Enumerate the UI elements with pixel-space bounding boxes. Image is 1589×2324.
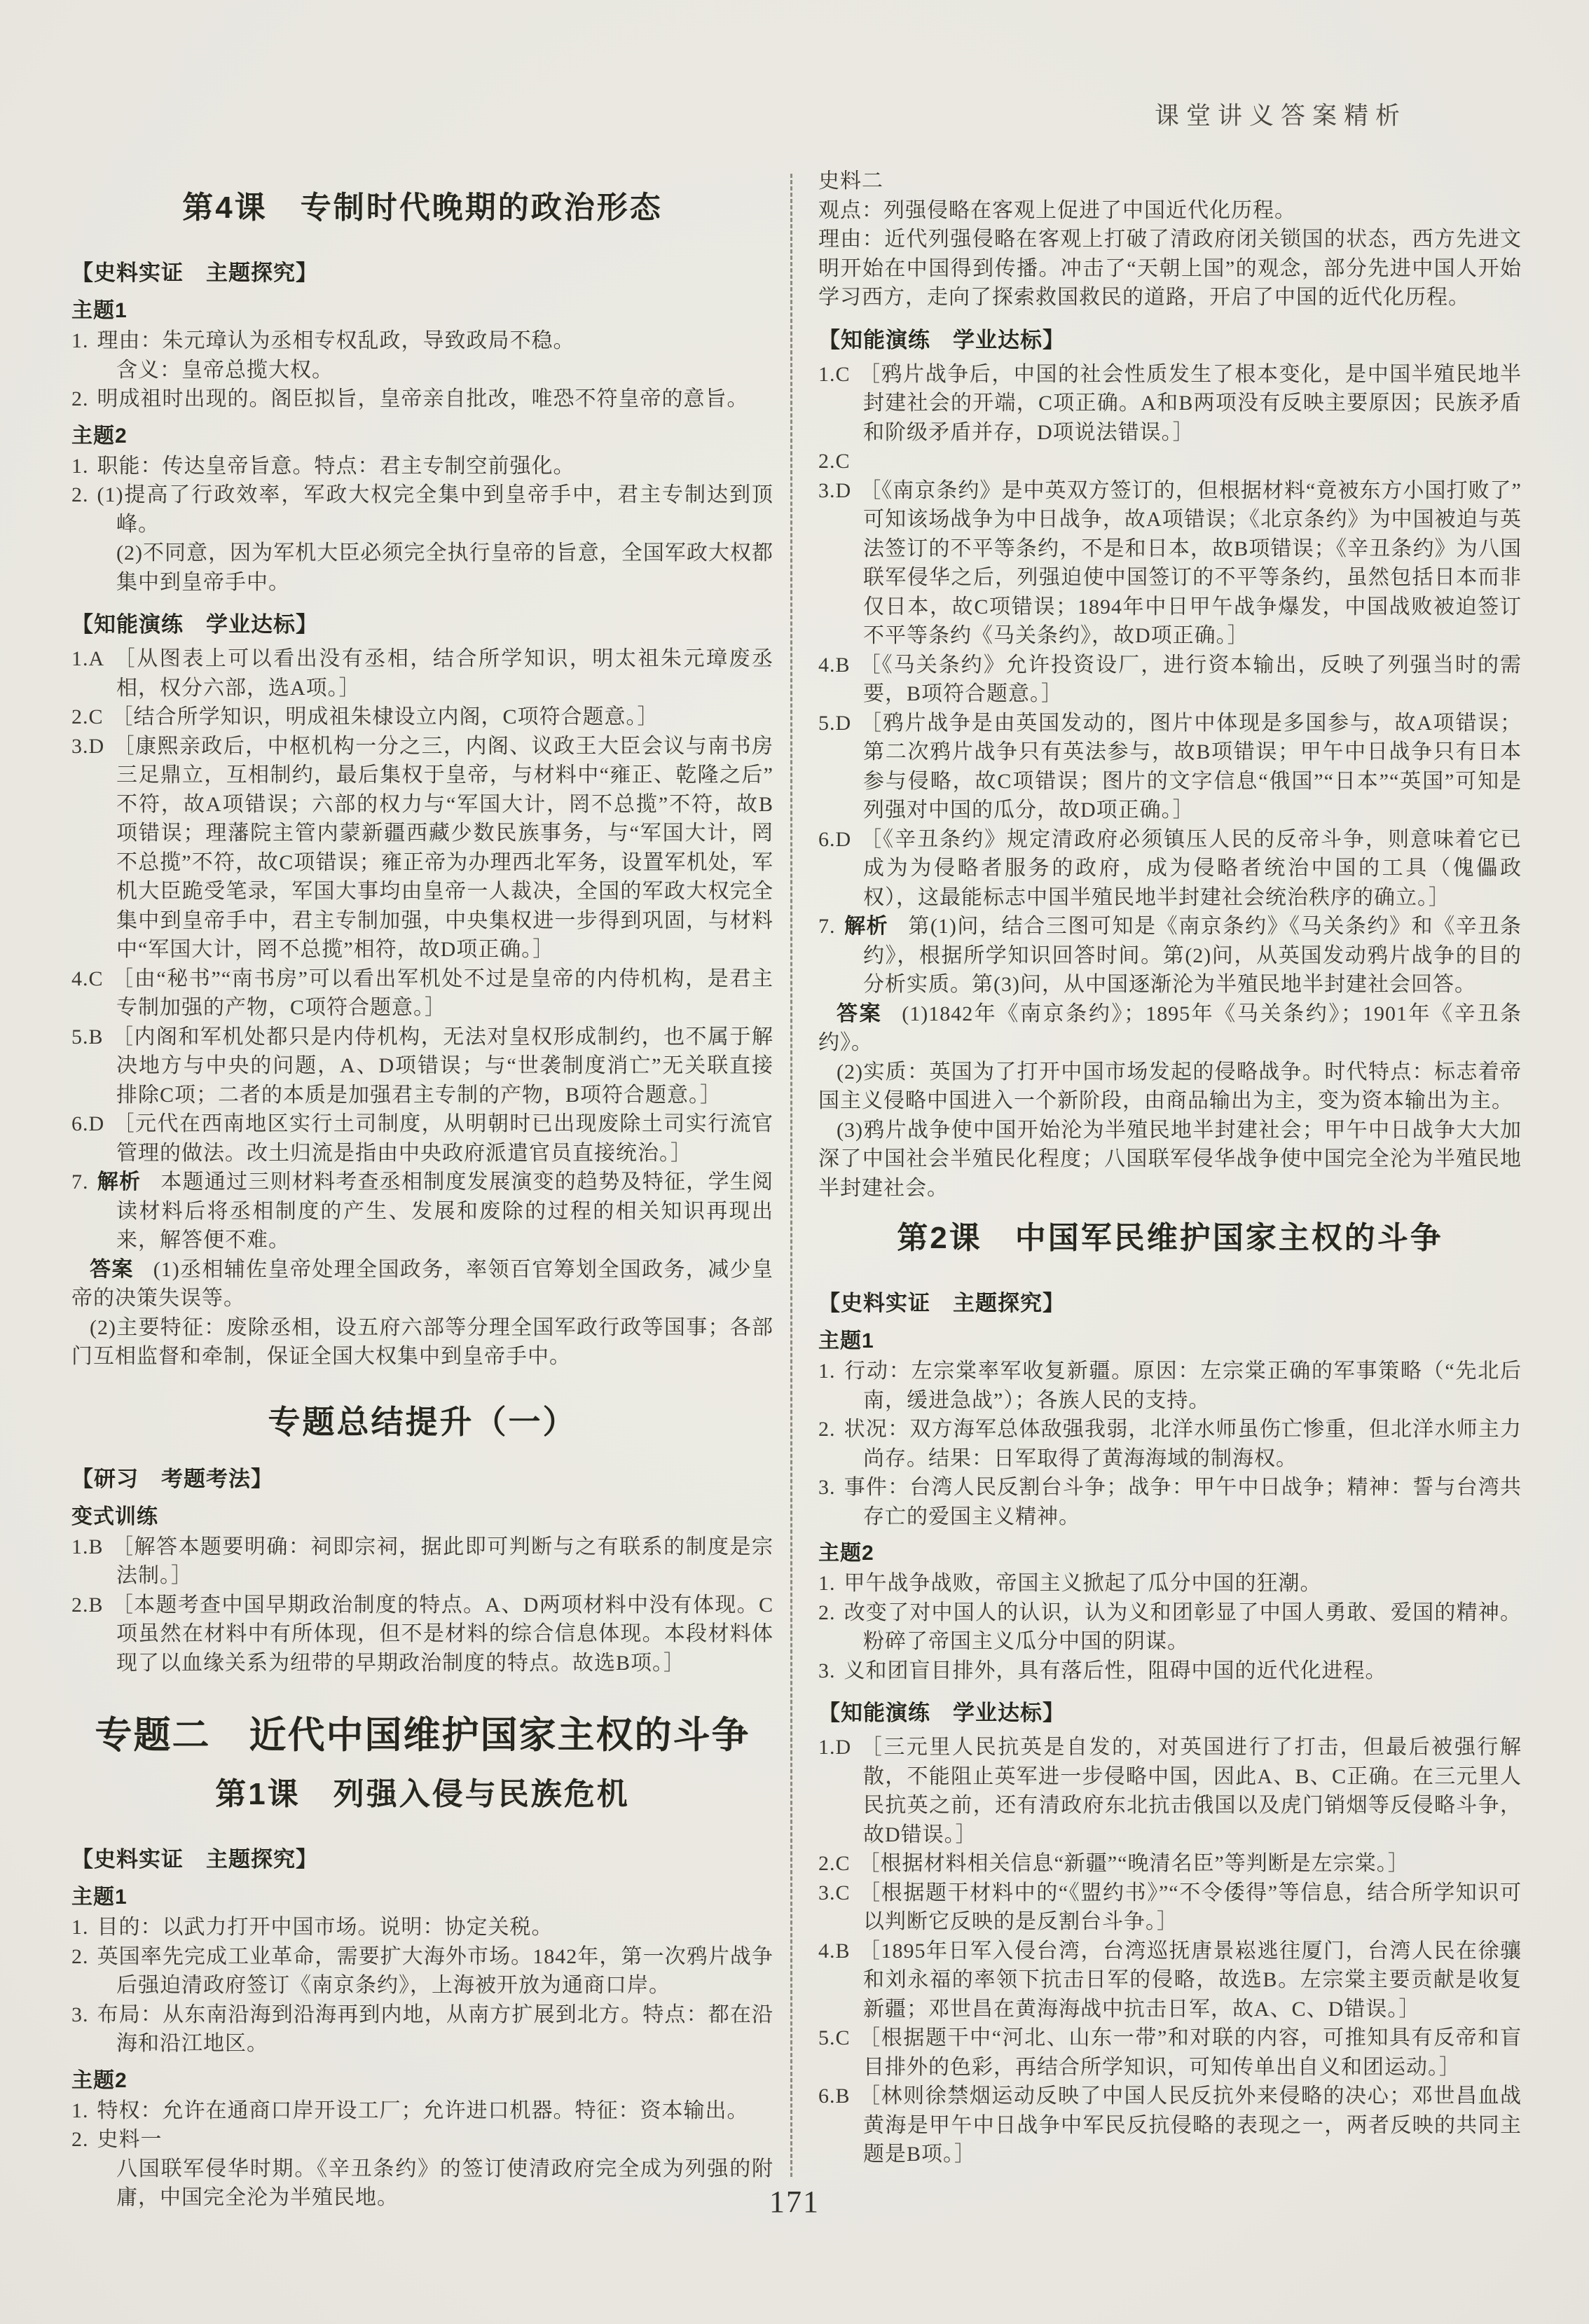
text: 第4课 专制时代晚期的政治形态: [182, 191, 662, 225]
item-text: ［《南京条约》是中英双方签订的，但根据材料“竟被东方小国打败了”可知该场战争为中…: [860, 479, 1522, 648]
item-marker: 1.: [818, 1572, 836, 1595]
answer-item: 3.C［根据题干材料中的“《盟约书》”“不令倭得”等信息，结合所学知识可以判断它…: [818, 1879, 1522, 1937]
text: 理由：近代列强侵略在客观上打破了清政府闭关锁国的状态，西方先进文明开始在中国得到…: [818, 228, 1522, 309]
item-marker: 3.: [818, 1476, 836, 1499]
item-marker: 7.: [71, 1170, 89, 1194]
item-text: ［《辛丑条约》规定清政府必须镇压人民的反帝斗争，则意味着它已成为为侵略者服务的政…: [860, 828, 1522, 909]
answer-item: 1.C［鸦片战争后，中国的社会性质发生了根本变化，是中国半殖民地半封建社会的开端…: [818, 360, 1522, 448]
answer-item: 7.解析本题通过三则材料考查丞相制度发展演变的趋势及特征，学生阅读材料后将丞相制…: [71, 1168, 773, 1255]
item-lead: 解析: [844, 915, 889, 938]
topic-heading: 主题1: [71, 1879, 773, 1910]
answer-paragraph: (2)实质：英国为了打开中国市场发起的侵略战争。时代特点：标志着帝国主义侵略中国…: [818, 1058, 1522, 1116]
lesson-title: 第4课 专制时代晚期的政治形态: [71, 182, 773, 227]
item-text: ［根据题干中“河北、山东一带”和对联的内容，可推知具有反帝和盲目排外的色彩，再结…: [859, 2026, 1522, 2079]
text: 主题2: [71, 2069, 128, 2092]
lesson-title: 第1课 列强入侵与民族危机: [71, 1769, 773, 1813]
answer-item: 5.C［根据题干中“河北、山东一带”和对联的内容，可推知具有反帝和盲目排外的色彩…: [818, 2024, 1522, 2082]
unit-title: 专题二 近代中国维护国家主权的斗争: [71, 1706, 773, 1759]
item-text: ［鸦片战争是由英国发动的，图片中体现是多国参与，故A项错误；第二次鸦片战争只有英…: [860, 712, 1522, 822]
item-marker: 2.C: [818, 450, 851, 473]
text: 第2课 中国军民维护国家主权的斗争: [897, 1221, 1443, 1255]
item-text: 布局：从东南沿海到沿海再到内地，从南方扩展到北方。特点：都在沿海和沿江地区。: [97, 2003, 774, 2056]
answer-item: 2.C［结合所学知识，明成祖朱棣设立内阁，C项符合题意。］: [71, 703, 773, 732]
answer-item: 6.D［元代在西南地区实行土司制度，从明朝时已出现废除土司实行流官管理的做法。改…: [71, 1109, 773, 1168]
answer-item: 1.A［从图表上可以看出没有丞相，结合所学知识，明太祖朱元璋废丞相，权分六部，选…: [71, 644, 773, 703]
right-column: 史料二观点：列强侵略在客观上促进了中国近代化历程。理由：近代列强侵略在客观上打破…: [818, 167, 1522, 2169]
text: 【史料实证 主题探究】: [818, 1291, 1065, 1315]
column-divider: [790, 174, 792, 2177]
section-heading: 【研习 考题考法】: [71, 1461, 773, 1493]
item-marker: 3.D: [71, 735, 104, 758]
item-text: ［根据题干材料中的“《盟约书》”“不令倭得”等信息，结合所学知识可以判断它反映的…: [859, 1881, 1522, 1934]
lesson-title: 第2课 中国军民维护国家主权的斗争: [818, 1212, 1522, 1257]
answer-item: 5.B［内阁和军机处都只是内侍机构，无法对皇权形成制约，也不属于解决地方与中央的…: [71, 1023, 773, 1110]
text: 主题1: [818, 1329, 874, 1353]
scanned-answer-page: 课堂讲义答案精析 第4课 专制时代晚期的政治形态【史料实证 主题探究】主题11.…: [0, 0, 1589, 2324]
item-text: ［1895年日军入侵台湾，台湾巡抚唐景崧逃往厦门，台湾人民在徐骧和刘永福的率领下…: [859, 1939, 1522, 2021]
page-number: 171: [0, 2184, 1589, 2220]
continuation-paragraph: (2)不同意，因为军机大臣必须完全执行皇帝的旨意，全国军政大权都集中到皇帝手中。: [71, 539, 773, 597]
text: 【史料实证 主题探究】: [71, 261, 318, 285]
item-text: 理由：朱元璋认为丞相专权乱政，导致政局不稳。: [97, 329, 575, 352]
item-text: ［元代在西南地区实行土司制度，从明朝时已出现废除土司实行流官管理的做法。改土归流…: [113, 1112, 773, 1165]
item-marker: 6.B: [818, 2084, 851, 2108]
text: (2)主要特征：废除丞相，设五府六部等分理全国军政行政等国事；各部门互相监督和牵…: [71, 1316, 773, 1369]
answer-item: 2.改变了对中国人的认识，认为义和团彰显了中国人勇敢、爱国的精神。粉碎了帝国主义…: [818, 1598, 1522, 1656]
item-text: ［三元里人民抗英是自发的，对英国进行了打击，但最后被强行解散，不能阻止英军进一步…: [860, 1736, 1522, 1846]
item-marker: 1.: [71, 1916, 89, 1939]
item-marker: 5.B: [71, 1025, 104, 1049]
item-text: ［康熙亲政后，中枢机构一分之三，内阁、议政王大臣会议与南书房三足鼎立，互相制约，…: [113, 735, 773, 962]
answer-item: 6.D［《辛丑条约》规定清政府必须镇压人民的反帝斗争，则意味着它已成为为侵略者服…: [818, 825, 1522, 913]
answer-item: 3.义和团盲目排外，具有落后性，阻碍中国的近代化进程。: [818, 1656, 1522, 1686]
item-marker: 3.: [71, 2003, 89, 2026]
item-text: ［解答本题要明确：祠即宗祠，据此即可判断与之有联系的制度是宗法制。］: [112, 1535, 773, 1588]
text: (2)不同意，因为军机大臣必须完全执行皇帝的旨意，全国军政大权都集中到皇帝手中。: [116, 541, 773, 594]
item-text: ［鸦片战争后，中国的社会性质发生了根本变化，是中国半殖民地半封建社会的开端，C项…: [859, 363, 1522, 444]
answer-item: 5.D［鸦片战争是由英国发动的，图片中体现是多国参与，故A项错误；第二次鸦片战争…: [818, 709, 1522, 825]
item-text: ［本题考查中国早期政治制度的特点。A、D两项材料中没有体现。C项虽然在材料中有所…: [112, 1593, 773, 1675]
item-marker: 1.: [71, 455, 89, 478]
answer-item: 3.布局：从东南沿海到沿海再到内地，从南方扩展到北方。特点：都在沿海和沿江地区。: [71, 2000, 773, 2059]
item-marker: 2.: [71, 387, 89, 410]
text: 第1课 列强入侵与民族危机: [215, 1777, 629, 1811]
item-marker: 6.D: [818, 828, 851, 851]
topic-heading: 主题1: [71, 293, 773, 324]
section-heading: 【史料实证 主题探究】: [818, 1285, 1522, 1317]
item-text: ［结合所学知识，明成祖朱棣设立内阁，C项符合题意。］: [112, 705, 659, 728]
section-heading: 【知能演练 学业达标】: [818, 1695, 1522, 1727]
text: 【知能演练 学业达标】: [818, 328, 1065, 352]
text: 主题1: [71, 1886, 128, 1909]
item-text: ［内阁和军机处都只是内侍机构，无法对皇权形成制约，也不属于解决地方与中央的问题，…: [112, 1025, 773, 1107]
paragraph: 观点：列强侵略在客观上促进了中国近代化历程。: [818, 196, 1522, 226]
item-marker: 2.: [71, 2128, 89, 2151]
topic-heading: 主题2: [818, 1535, 1522, 1566]
item-text: ［由“秘书”“南书房”可以看出军机处不过是皇帝的内侍机构，是君主专制加强的产物，…: [112, 967, 773, 1020]
item-text: (1)提高了行政效率，军政大权完全集中到皇帝手中，君主专制达到顶峰。: [97, 483, 774, 536]
summary-heading: 专题总结提升（一）: [71, 1397, 773, 1443]
answer-item: 4.B［1895年日军入侵台湾，台湾巡抚唐景崧逃往厦门，台湾人民在徐骧和刘永福的…: [818, 1937, 1522, 2024]
answer-item: 1.职能：传达皇帝旨意。特点：君主专制空前强化。: [71, 452, 773, 481]
item-marker: 3.: [818, 1659, 836, 1682]
section-heading: 【知能演练 学业达标】: [71, 607, 773, 638]
item-marker: 4.B: [818, 1939, 851, 1963]
item-marker: 1.C: [818, 363, 851, 386]
answer-item: 2.英国率先完成工业革命，需要扩大海外市场。1842年，第一次鸦片战争后强迫清政…: [71, 1942, 773, 2000]
answer-paragraph: 答案(1)丞相辅佐皇帝处理全国政务，率领百官筹划全国政务，减少皇帝的决策失误等。: [71, 1255, 773, 1313]
answer-item: 2.明成祖时出现的。阁臣拟旨，皇帝亲自批改，唯恐不符皇帝的意旨。: [71, 385, 773, 414]
item-marker: 7.: [818, 915, 836, 938]
item-marker: 1.B: [71, 1535, 104, 1558]
text: 含义：皇帝总揽大权。: [116, 359, 333, 382]
item-text: 改变了对中国人的认识，认为义和团彰显了中国人勇敢、爱国的精神。粉碎了帝国主义瓜分…: [844, 1601, 1522, 1654]
item-marker: 4.C: [71, 967, 104, 990]
item-marker: 3.D: [818, 479, 851, 502]
item-text: 状况：双方海军总体敌强我弱，北洋水师虽伤亡惨重，但北洋水师主力尚存。结果：日军取…: [844, 1418, 1522, 1470]
text: 【研习 考题考法】: [71, 1467, 273, 1491]
answer-item: 1.特权：允许在通商口岸开设工厂；允许进口机器。特征：资本输出。: [71, 2096, 773, 2126]
item-marker: 4.B: [818, 653, 851, 677]
answer-item: 1.甲午战争战败，帝国主义掀起了瓜分中国的狂潮。: [818, 1569, 1522, 1598]
answer-item: 7.解析第(1)问，结合三图可知是《南京条约》《马关条约》和《辛丑条约》，根据所…: [818, 912, 1522, 1000]
text: 观点：列强侵略在客观上促进了中国近代化历程。: [818, 199, 1296, 222]
answer-item: 1.行动：左宗棠率军收复新疆。原因：左宗棠正确的军事策略（“先北后南，缓进急战”…: [818, 1357, 1522, 1415]
item-lead: 解析: [97, 1170, 142, 1194]
text: 史料二: [818, 170, 883, 193]
item-text: (1)1842年《南京条约》；1895年《马关条约》；1901年《辛丑条约》。: [818, 1002, 1522, 1055]
item-marker: 2.B: [71, 1593, 104, 1617]
item-marker: 1.D: [818, 1736, 851, 1759]
answer-paragraph: (2)主要特征：废除丞相，设五府六部等分理全国军政行政等国事；各部门互相监督和牵…: [71, 1313, 773, 1371]
answer-item: 2.状况：双方海军总体敌强我弱，北洋水师虽伤亡惨重，但北洋水师主力尚存。结果：日…: [818, 1415, 1522, 1473]
answer-item: 2.史料一: [71, 2125, 773, 2154]
item-text: 明成祖时出现的。阁臣拟旨，皇帝亲自批改，唯恐不符皇帝的意旨。: [97, 387, 749, 410]
text: 主题2: [71, 424, 128, 448]
item-marker: 2.C: [71, 705, 104, 728]
answer-item: 4.C［由“秘书”“南书房”可以看出军机处不过是皇帝的内侍机构，是君主专制加强的…: [71, 964, 773, 1023]
item-text: 事件：台湾人民反割台斗争；战争：甲午中日战争；精神：誓与台湾共存亡的爱国主义精神…: [844, 1476, 1522, 1528]
left-column: 第4课 专制时代晚期的政治形态【史料实证 主题探究】主题11.理由：朱元璋认为丞…: [71, 172, 773, 2213]
answer-item: 1.D［三元里人民抗英是自发的，对英国进行了打击，但最后被强行解散，不能阻止英军…: [818, 1733, 1522, 1849]
text: (2)实质：英国为了打开中国市场发起的侵略战争。时代特点：标志着帝国主义侵略中国…: [818, 1060, 1522, 1113]
page-header-title: 课堂讲义答案精析: [1155, 97, 1407, 132]
item-marker: 1.: [71, 329, 89, 352]
text: 主题1: [71, 299, 128, 322]
answer-paragraph: (3)鸦片战争使中国开始沦为半殖民地半封建社会；甲午中日战争大大加深了中国社会半…: [818, 1116, 1522, 1203]
item-text: 史料一: [97, 2128, 163, 2151]
item-marker: 6.D: [71, 1112, 104, 1135]
paragraph: 理由：近代列强侵略在客观上打破了清政府闭关锁国的状态，西方先进文明开始在中国得到…: [818, 225, 1522, 312]
text: 【知能演练 学业达标】: [71, 612, 318, 637]
continuation-paragraph: 含义：皇帝总揽大权。: [71, 356, 773, 385]
text: 【知能演练 学业达标】: [818, 1701, 1065, 1725]
item-text: 行动：左宗棠率军收复新疆。原因：左宗棠正确的军事策略（“先北后南，缓进急战”）；…: [844, 1360, 1522, 1412]
answer-item: 3.事件：台湾人民反割台斗争；战争：甲午中日战争；精神：誓与台湾共存亡的爱国主义…: [818, 1473, 1522, 1531]
answer-item: 6.B［林则徐禁烟运动反映了中国人民反抗外来侵略的决心；邓世昌血战黄海是甲午中日…: [818, 2082, 1522, 2169]
topic-heading: 变式训练: [71, 1499, 773, 1530]
text: 专题总结提升（一）: [268, 1404, 577, 1440]
topic-heading: 主题2: [71, 2063, 773, 2094]
section-heading: 【史料实证 主题探究】: [71, 255, 773, 286]
text: 主题2: [818, 1542, 874, 1565]
section-heading: 【史料实证 主题探究】: [71, 1841, 773, 1873]
answer-item: 1.B［解答本题要明确：祠即宗祠，据此即可判断与之有联系的制度是宗法制。］: [71, 1533, 773, 1591]
item-text: 甲午战争战败，帝国主义掀起了瓜分中国的狂潮。: [844, 1572, 1322, 1595]
item-text: (1)丞相辅佐皇帝处理全国政务，率领百官筹划全国政务，减少皇帝的决策失误等。: [71, 1258, 773, 1310]
item-marker: 1.A: [71, 647, 104, 670]
item-marker: 2.: [71, 483, 89, 506]
paragraph: 史料二: [818, 167, 1522, 196]
item-text: ［林则徐禁烟运动反映了中国人民反抗外来侵略的决心；邓世昌血战黄海是甲午中日战争中…: [859, 2084, 1522, 2166]
item-marker: 2.: [818, 1418, 836, 1441]
answer-item: 3.D［康熙亲政后，中枢机构一分之三，内阁、议政王大臣会议与南书房三足鼎立，互相…: [71, 732, 773, 964]
item-text: 目的：以武力打开中国市场。说明：协定关税。: [97, 1916, 553, 1939]
item-text: 职能：传达皇帝旨意。特点：君主专制空前强化。: [97, 455, 575, 478]
topic-heading: 主题1: [818, 1323, 1522, 1354]
section-heading: 【知能演练 学业达标】: [818, 322, 1522, 354]
item-text: 义和团盲目排外，具有落后性，阻碍中国的近代化进程。: [844, 1659, 1387, 1682]
text: 【史料实证 主题探究】: [71, 1847, 318, 1872]
item-marker: 2.: [818, 1601, 836, 1624]
text: 变式训练: [71, 1505, 158, 1528]
answer-item: 2.B［本题考查中国早期政治制度的特点。A、D两项材料中没有体现。C项虽然在材料…: [71, 1591, 773, 1678]
item-marker: 2.C: [818, 1852, 851, 1875]
text: (3)鸦片战争使中国开始沦为半殖民地半封建社会；甲午中日战争大大加深了中国社会半…: [818, 1119, 1522, 1200]
answer-item: 2.(1)提高了行政效率，军政大权完全集中到皇帝手中，君主专制达到顶峰。: [71, 480, 773, 539]
item-lead: 答案: [90, 1258, 134, 1281]
item-text: 英国率先完成工业革命，需要扩大海外市场。1842年，第一次鸦片战争后强迫清政府签…: [97, 1945, 774, 1998]
answer-item: 2.C［根据材料相关信息“新疆”“晚清名臣”等判断是左宗棠。］: [818, 1849, 1522, 1879]
answer-item: 2.C: [818, 447, 1522, 476]
item-marker: 3.C: [818, 1881, 851, 1904]
item-text: ［《马关条约》允许投资设厂，进行资本输出，反映了列强当时的需要，B项符合题意。］: [859, 653, 1522, 706]
item-marker: 5.D: [818, 712, 851, 735]
answer-paragraph: 答案(1)1842年《南京条约》；1895年《马关条约》；1901年《辛丑条约》…: [818, 1000, 1522, 1058]
item-marker: 2.: [71, 1945, 89, 1968]
item-marker: 5.C: [818, 2026, 851, 2049]
item-text: 第(1)问，结合三图可知是《南京条约》《马关条约》和《辛丑条约》，根据所学知识回…: [863, 915, 1522, 996]
text: 专题二 近代中国维护国家主权的斗争: [95, 1715, 750, 1756]
item-lead: 答案: [837, 1002, 882, 1025]
item-text: ［从图表上可以看出没有丞相，结合所学知识，明太祖朱元璋废丞相，权分六部，选A项。…: [113, 647, 773, 700]
answer-item: 4.B［《马关条约》允许投资设厂，进行资本输出，反映了列强当时的需要，B项符合题…: [818, 651, 1522, 709]
item-marker: 1.: [71, 2099, 89, 2122]
answer-item: 1.理由：朱元璋认为丞相专权乱政，导致政局不稳。: [71, 326, 773, 356]
answer-item: 3.D［《南京条约》是中英双方签订的，但根据材料“竟被东方小国打败了”可知该场战…: [818, 476, 1522, 651]
topic-heading: 主题2: [71, 418, 773, 449]
item-text: 特权：允许在通商口岸开设工厂；允许进口机器。特征：资本输出。: [97, 2099, 749, 2122]
item-text: 本题通过三则材料考查丞相制度发展演变的趋势及特征，学生阅读材料后将丞相制度的产生…: [116, 1170, 773, 1252]
item-text: ［根据材料相关信息“新疆”“晚清名臣”等判断是左宗棠。］: [859, 1852, 1410, 1875]
item-marker: 1.: [818, 1360, 836, 1383]
answer-item: 1.目的：以武力打开中国市场。说明：协定关税。: [71, 1913, 773, 1942]
